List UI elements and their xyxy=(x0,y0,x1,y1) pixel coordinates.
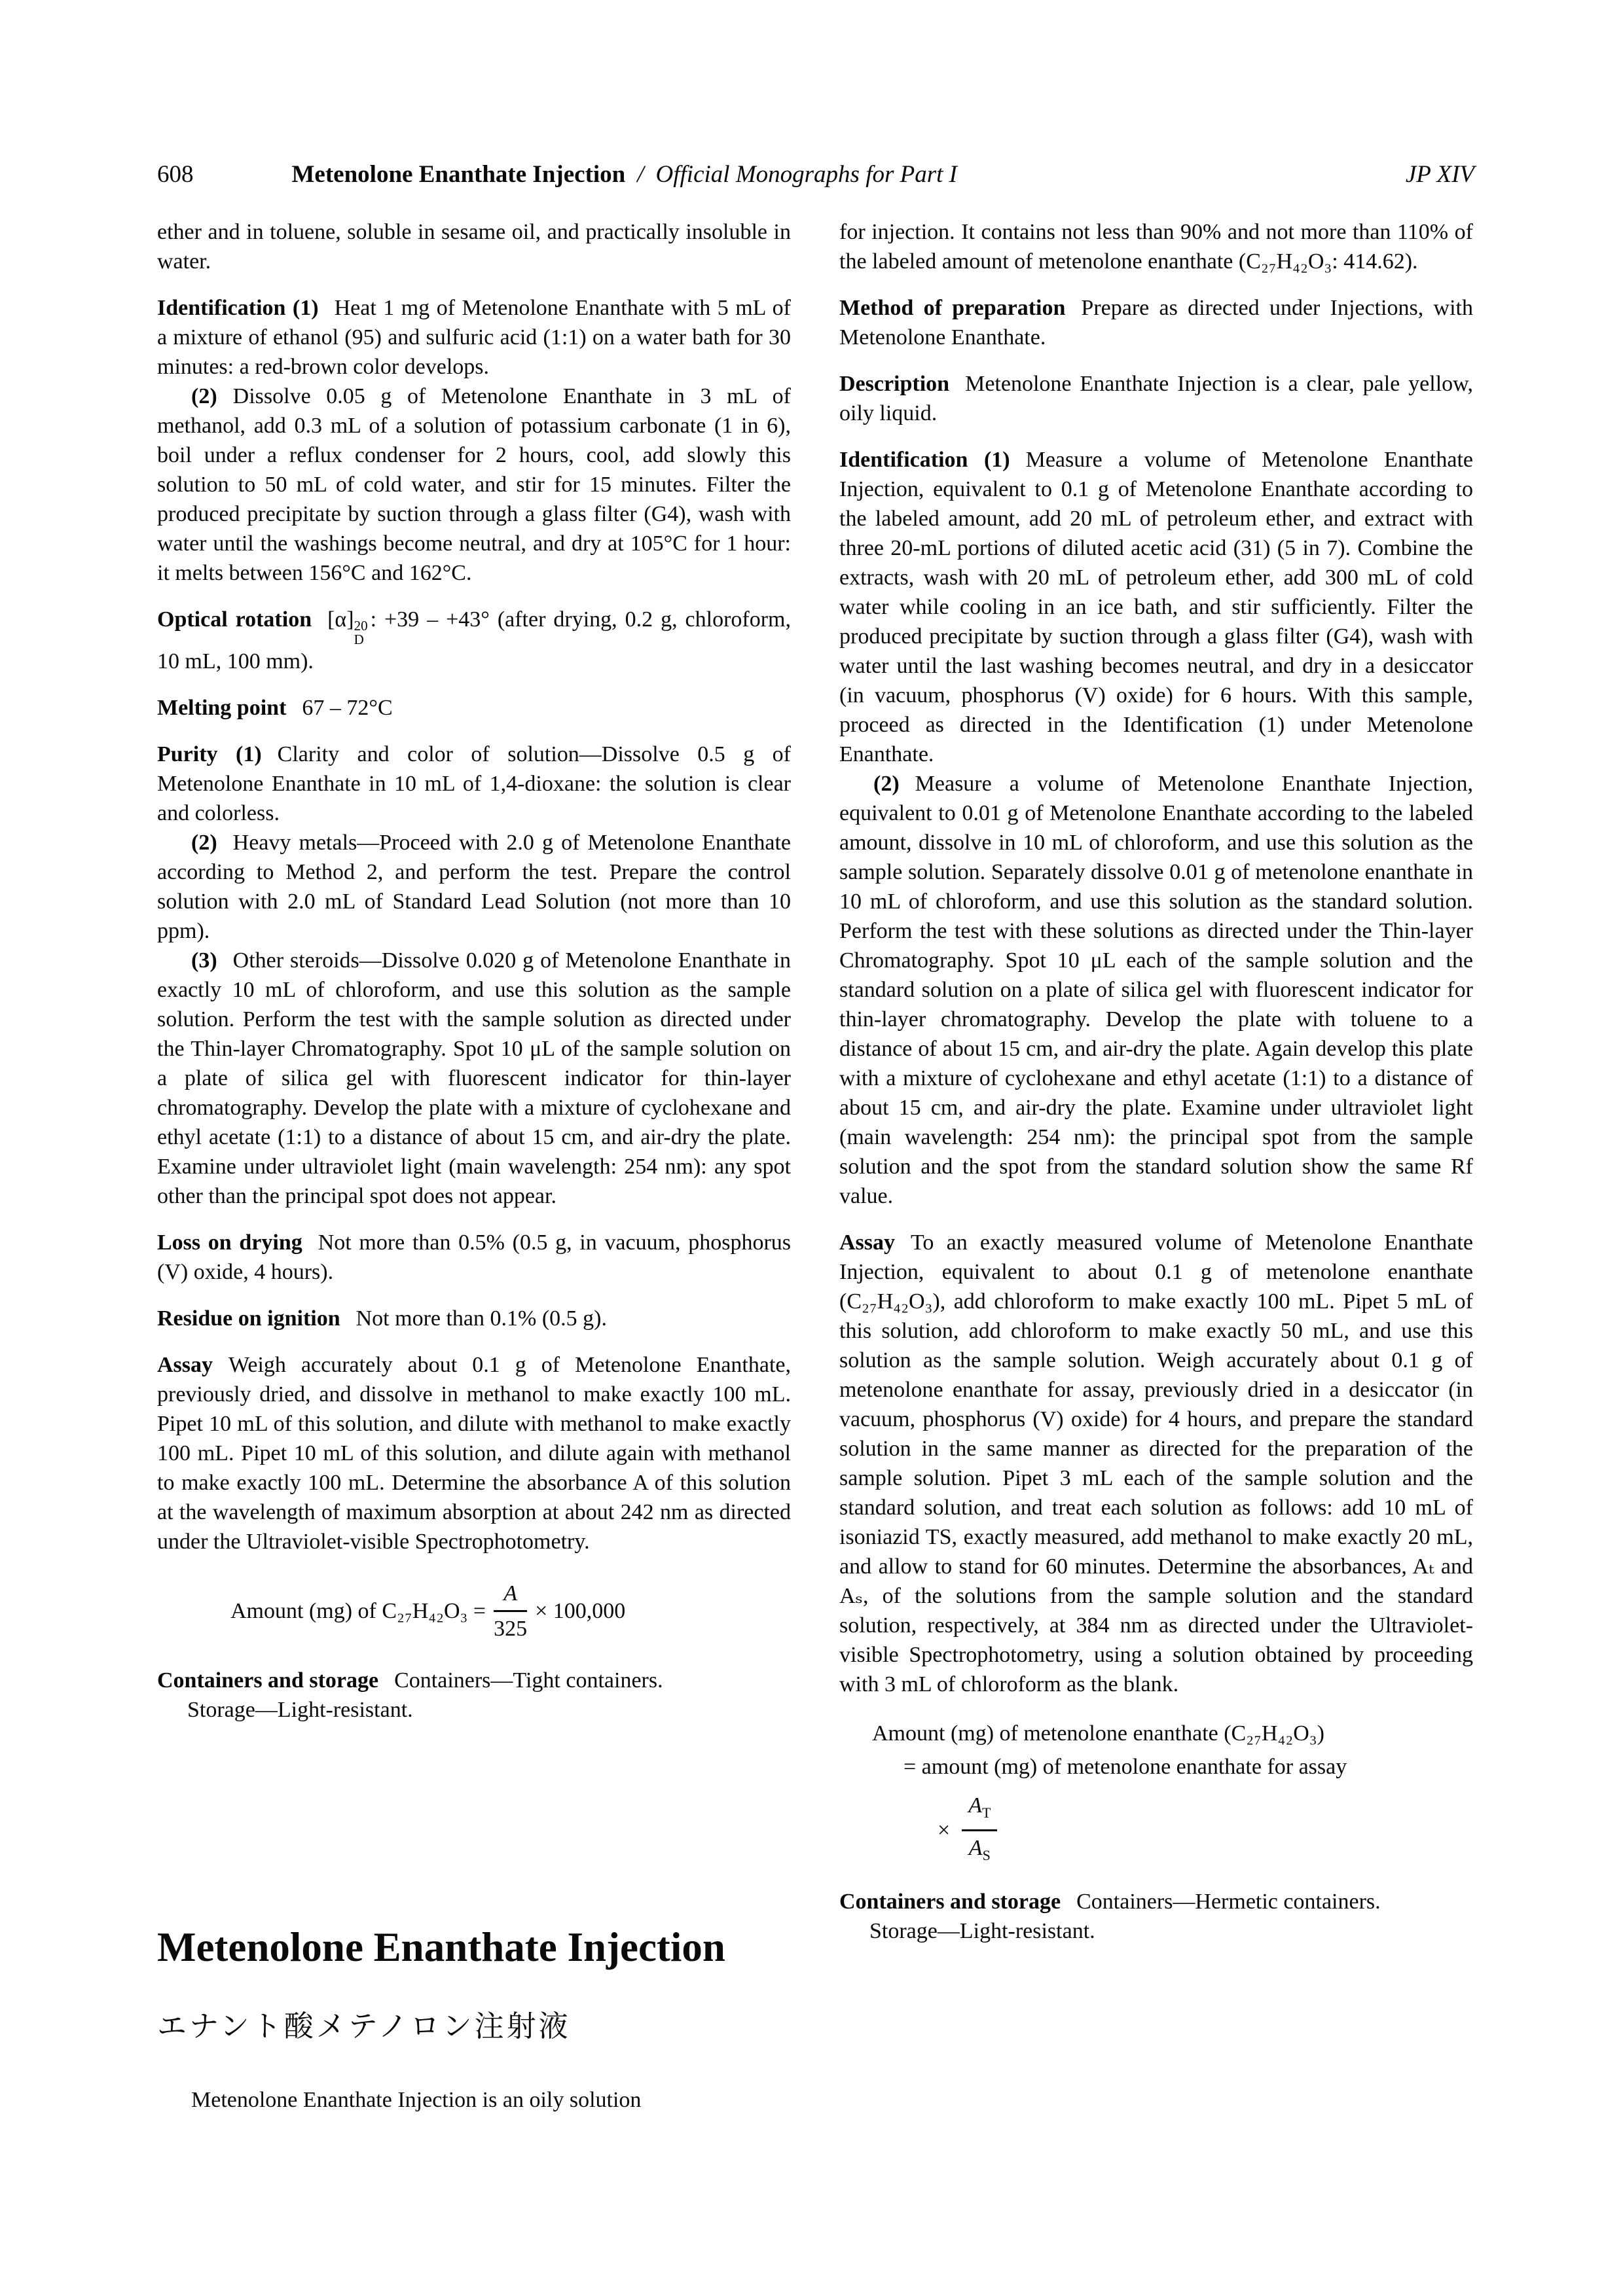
header-edition-label: JP XIV xyxy=(1406,160,1474,189)
para-text: ether and in toluene, soluble in sesame … xyxy=(157,220,791,274)
item-number: (2) xyxy=(873,772,900,796)
para-identification-injection-2: (2)Measure a volume of Metenolone Enanth… xyxy=(839,769,1473,1211)
formula-fraction: A325 xyxy=(494,1579,527,1643)
section-heading: Purity (1) xyxy=(157,742,262,766)
alpha-subscript: D xyxy=(354,633,368,647)
header-separator: / xyxy=(637,160,644,189)
monograph-page: 608 Metenolone Enanthate Injection / Off… xyxy=(0,0,1623,2296)
section-heading: Assay xyxy=(839,1230,895,1255)
left-column: ether and in toluene, soluble in sesame … xyxy=(157,217,791,1725)
section-heading: Containers and storage xyxy=(157,1668,378,1693)
section-heading: Description xyxy=(839,372,949,396)
injection-assay-formula: Amount (mg) of metenolone enanthate (C₂₇… xyxy=(839,1719,1473,1870)
section-description: DescriptionMetenolone Enanthate Injectio… xyxy=(839,369,1473,428)
formula-line-3: × ATAS xyxy=(938,1791,1473,1870)
para-text: Other steroids—Dissolve 0.020 g of Meten… xyxy=(157,948,791,1208)
assay-amount-formula: Amount (mg) of C₂₇H₄₂O₃ = A325 × 100,000 xyxy=(230,1579,791,1643)
para-identification-2: (2)Dissolve 0.05 g of Metenolone Enantha… xyxy=(157,382,791,588)
section-residue-on-ignition: Residue on ignitionNot more than 0.1% (0… xyxy=(157,1304,791,1333)
monograph-japanese-title: エナント酸メテノロン注射液 xyxy=(157,2009,791,2043)
section-heading: Residue on ignition xyxy=(157,1306,340,1331)
para-text: Weigh accurately about 0.1 g of Metenolo… xyxy=(157,1353,791,1554)
section-assay-injection: AssayTo an exactly measured volume of Me… xyxy=(839,1228,1473,1699)
section-method-of-preparation: Method of preparationPrepare as directed… xyxy=(839,293,1473,352)
right-column: for injection. It contains not less than… xyxy=(839,217,1473,1946)
section-heading: Containers and storage xyxy=(839,1890,1061,1914)
storage-line: Storage—Light-resistant. xyxy=(869,1916,1473,1946)
section-melting-point: Melting point67 – 72°C xyxy=(157,693,791,723)
item-number: (3) xyxy=(191,948,217,973)
para-text: Measure a volume of Metenolone Enanthate… xyxy=(839,448,1473,766)
section-heading: Melting point xyxy=(157,696,286,720)
new-monograph-block: Metenolone Enanthate Injection エナント酸メテノロ… xyxy=(157,1924,791,2137)
formula-line-1: Amount (mg) of metenolone enanthate (C₂₇… xyxy=(872,1719,1473,1748)
section-heading: Identification (1) xyxy=(157,296,319,320)
multiply-sign: × xyxy=(938,1816,950,1845)
item-number: (2) xyxy=(191,384,217,408)
page-number: 608 xyxy=(157,160,194,189)
fraction-denominator: AS xyxy=(962,1831,997,1870)
fraction-numerator: AT xyxy=(962,1791,997,1831)
para-text: for injection. It contains not less than… xyxy=(839,220,1473,274)
section-assay: AssayWeigh accurately about 0.1 g of Met… xyxy=(157,1350,791,1556)
alpha-supsub: 20D xyxy=(354,619,368,647)
formula-line-2: = amount (mg) of metenolone enanthate fo… xyxy=(903,1752,1473,1782)
section-heading: Loss on drying xyxy=(157,1230,302,1255)
section-containers-and-storage: Containers and storageContainers—Tight c… xyxy=(157,1666,791,1695)
para-text: Heavy metals—Proceed with 2.0 g of Meten… xyxy=(157,831,791,943)
section-containers-and-storage-injection: Containers and storageContainers—Hermeti… xyxy=(839,1887,1473,1916)
monograph-title: Metenolone Enanthate Injection xyxy=(157,1924,791,1970)
formula-lhs: Amount (mg) of C₂₇H₄₂O₃ = xyxy=(230,1596,486,1626)
para-text: Dissolve 0.05 g of Metenolone Enanthate … xyxy=(157,384,791,585)
section-heading: Optical rotation xyxy=(157,607,312,632)
para-text: Containers—Tight containers. xyxy=(394,1668,663,1693)
section-heading: Assay xyxy=(157,1353,213,1377)
section-loss-on-drying: Loss on dryingNot more than 0.5% (0.5 g,… xyxy=(157,1228,791,1287)
para-purity-2: (2)Heavy metals—Proceed with 2.0 g of Me… xyxy=(157,828,791,946)
para-definition-continuation: for injection. It contains not less than… xyxy=(839,217,1473,276)
para-text: 67 – 72°C xyxy=(302,696,392,720)
header-monograph-title: Metenolone Enanthate Injection xyxy=(292,160,626,189)
alpha-superscript: 20 xyxy=(354,619,368,633)
para-text: Not more than 0.1% (0.5 g). xyxy=(356,1306,607,1331)
para-text: To an exactly measured volume of Metenol… xyxy=(839,1230,1473,1696)
formula-rhs: × 100,000 xyxy=(535,1596,625,1626)
section-heading: Identification (1) xyxy=(839,448,1010,472)
para-text: Containers—Hermetic containers. xyxy=(1076,1890,1381,1914)
page-header: 608 Metenolone Enanthate Injection / Off… xyxy=(157,160,1474,189)
storage-line: Storage—Light-resistant. xyxy=(187,1695,791,1725)
section-heading: Method of preparation xyxy=(839,296,1065,320)
section-identification-injection-1: Identification (1)Measure a volume of Me… xyxy=(839,445,1473,769)
section-purity-1: Purity (1)Clarity and color of solution—… xyxy=(157,740,791,828)
section-identification-1: Identification (1)Heat 1 mg of Metenolon… xyxy=(157,293,791,382)
monograph-intro-paragraph: Metenolone Enanthate Injection is an oil… xyxy=(157,2085,791,2115)
item-number: (2) xyxy=(191,831,217,855)
para-solubility-continuation: ether and in toluene, soluble in sesame … xyxy=(157,217,791,276)
fraction-numerator: A xyxy=(494,1579,527,1612)
header-running-title: Official Monographs for Part I xyxy=(656,160,957,189)
absorbance-ratio-fraction: ATAS xyxy=(962,1791,997,1870)
section-optical-rotation: Optical rotation[α]20D: +39 – +43° (afte… xyxy=(157,605,791,676)
para-text: Measure a volume of Metenolone Enanthate… xyxy=(839,772,1473,1208)
alpha-symbol: [α] xyxy=(327,607,354,632)
para-purity-3: (3)Other steroids—Dissolve 0.020 g of Me… xyxy=(157,946,791,1211)
fraction-denominator: 325 xyxy=(494,1612,527,1643)
